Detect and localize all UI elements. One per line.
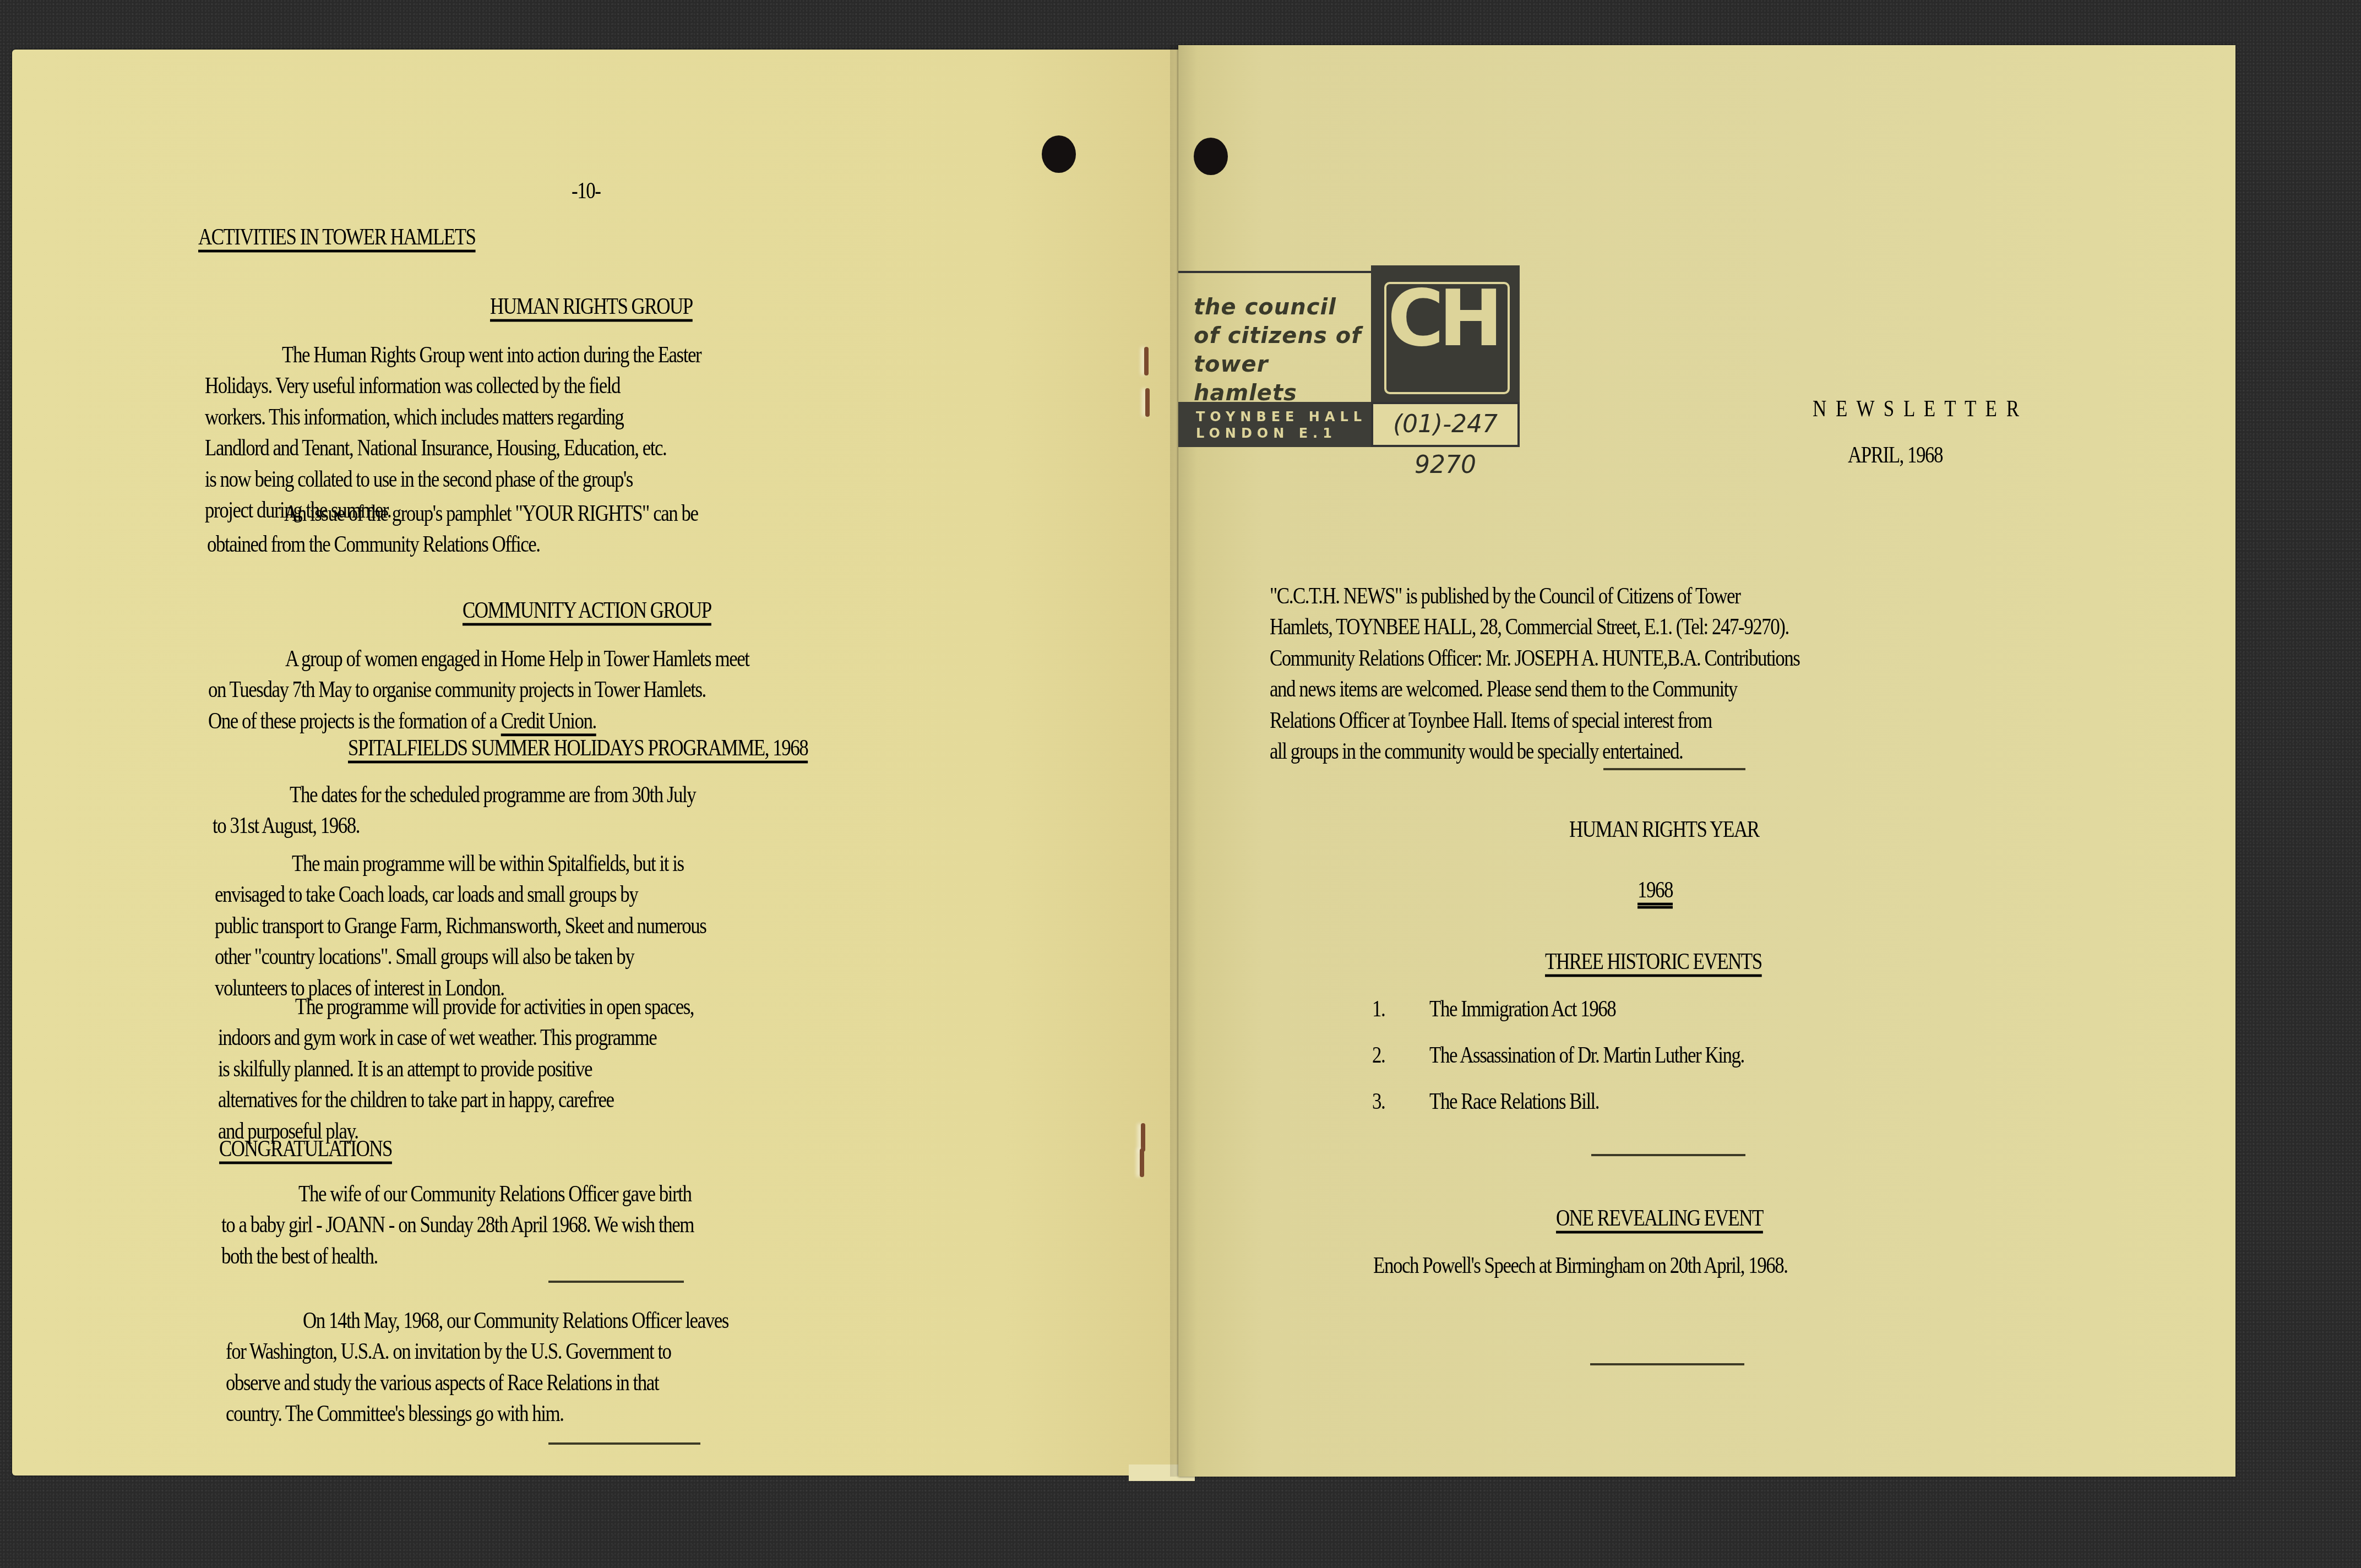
heading-community-action-group: COMMUNITY ACTION GROUP [463, 595, 711, 625]
divider [548, 1281, 684, 1283]
paragraph: The wife of our Community Relations Offi… [221, 1178, 694, 1271]
punch-hole-right [1194, 138, 1228, 175]
year-heading: 1968 [1638, 874, 1673, 905]
event-text: The Immigration Act 1968 [1429, 993, 1615, 1024]
staple-icon [1144, 347, 1149, 375]
staple-icon [1140, 1148, 1144, 1177]
organization-logo: the council of citizens of tower hamlets… [1178, 265, 1520, 447]
event-text: The Race Relations Bill. [1429, 1086, 1599, 1117]
heading-one-revealing-event: ONE REVEALING EVENT [1556, 1202, 1763, 1233]
event-number: 1. [1372, 993, 1385, 1024]
heading-congratulations: CONGRATULATIONS [219, 1133, 392, 1164]
paragraph: On 14th May, 1968, our Community Relatio… [226, 1305, 728, 1429]
paragraph: The programme will provide for activitie… [218, 991, 694, 1146]
divider [1603, 768, 1745, 770]
logo-monogram-box: CH [1371, 265, 1520, 402]
intro-paragraph: "C.C.T.H. NEWS" is published by the Coun… [1270, 580, 1799, 766]
logo-org-name: the council of citizens of tower hamlets [1194, 293, 1370, 407]
heading-three-historic-events: THREE HISTORIC EVENTS [1545, 946, 1762, 977]
heading-spitalfields: SPITALFIELDS SUMMER HOLIDAYS PROGRAMME, … [348, 732, 808, 763]
event-text: The Assassination of Dr. Martin Luther K… [1429, 1039, 1744, 1070]
credit-union-text: Credit Union. [501, 708, 596, 734]
divider [548, 1442, 700, 1445]
logo-rule [1178, 271, 1371, 273]
event-number: 2. [1372, 1039, 1385, 1070]
page-number: -10- [572, 175, 600, 206]
monogram-icon: CH [1388, 281, 1498, 358]
paragraph: An issue of the group's pamphlet "YOUR R… [207, 498, 698, 560]
paragraph: A group of women engaged in Home Help in… [208, 643, 749, 736]
section-title: ACTIVITIES IN TOWER HAMLETS [198, 221, 476, 252]
paragraph-text: A group of women engaged in Home Help in… [208, 646, 749, 734]
newsletter-date: APRIL, 1968 [1848, 439, 1943, 470]
staple-icon [1145, 388, 1150, 417]
paragraph: The main programme will be within Spital… [215, 848, 706, 1003]
paragraph: The dates for the scheduled programme ar… [213, 779, 695, 841]
logo-phone: (01)-247 9270 [1371, 402, 1520, 447]
event-number: 3. [1372, 1086, 1385, 1117]
heading-human-rights-group: HUMAN RIGHTS GROUP [490, 291, 693, 322]
logo-address: TOYNBEE HALL LONDON E.1 [1178, 402, 1371, 447]
divider [1590, 1363, 1744, 1365]
staple-icon [1141, 1123, 1145, 1152]
newsletter-title: N E W S L E T T E R [1813, 393, 2021, 424]
heading-human-rights-year: HUMAN RIGHTS YEAR [1569, 814, 1759, 845]
punch-hole-left [1042, 135, 1076, 173]
divider [1591, 1154, 1745, 1156]
revealing-event-text: Enoch Powell's Speech at Birmingham on 2… [1373, 1250, 1788, 1281]
spine-fold [1170, 45, 1198, 1477]
